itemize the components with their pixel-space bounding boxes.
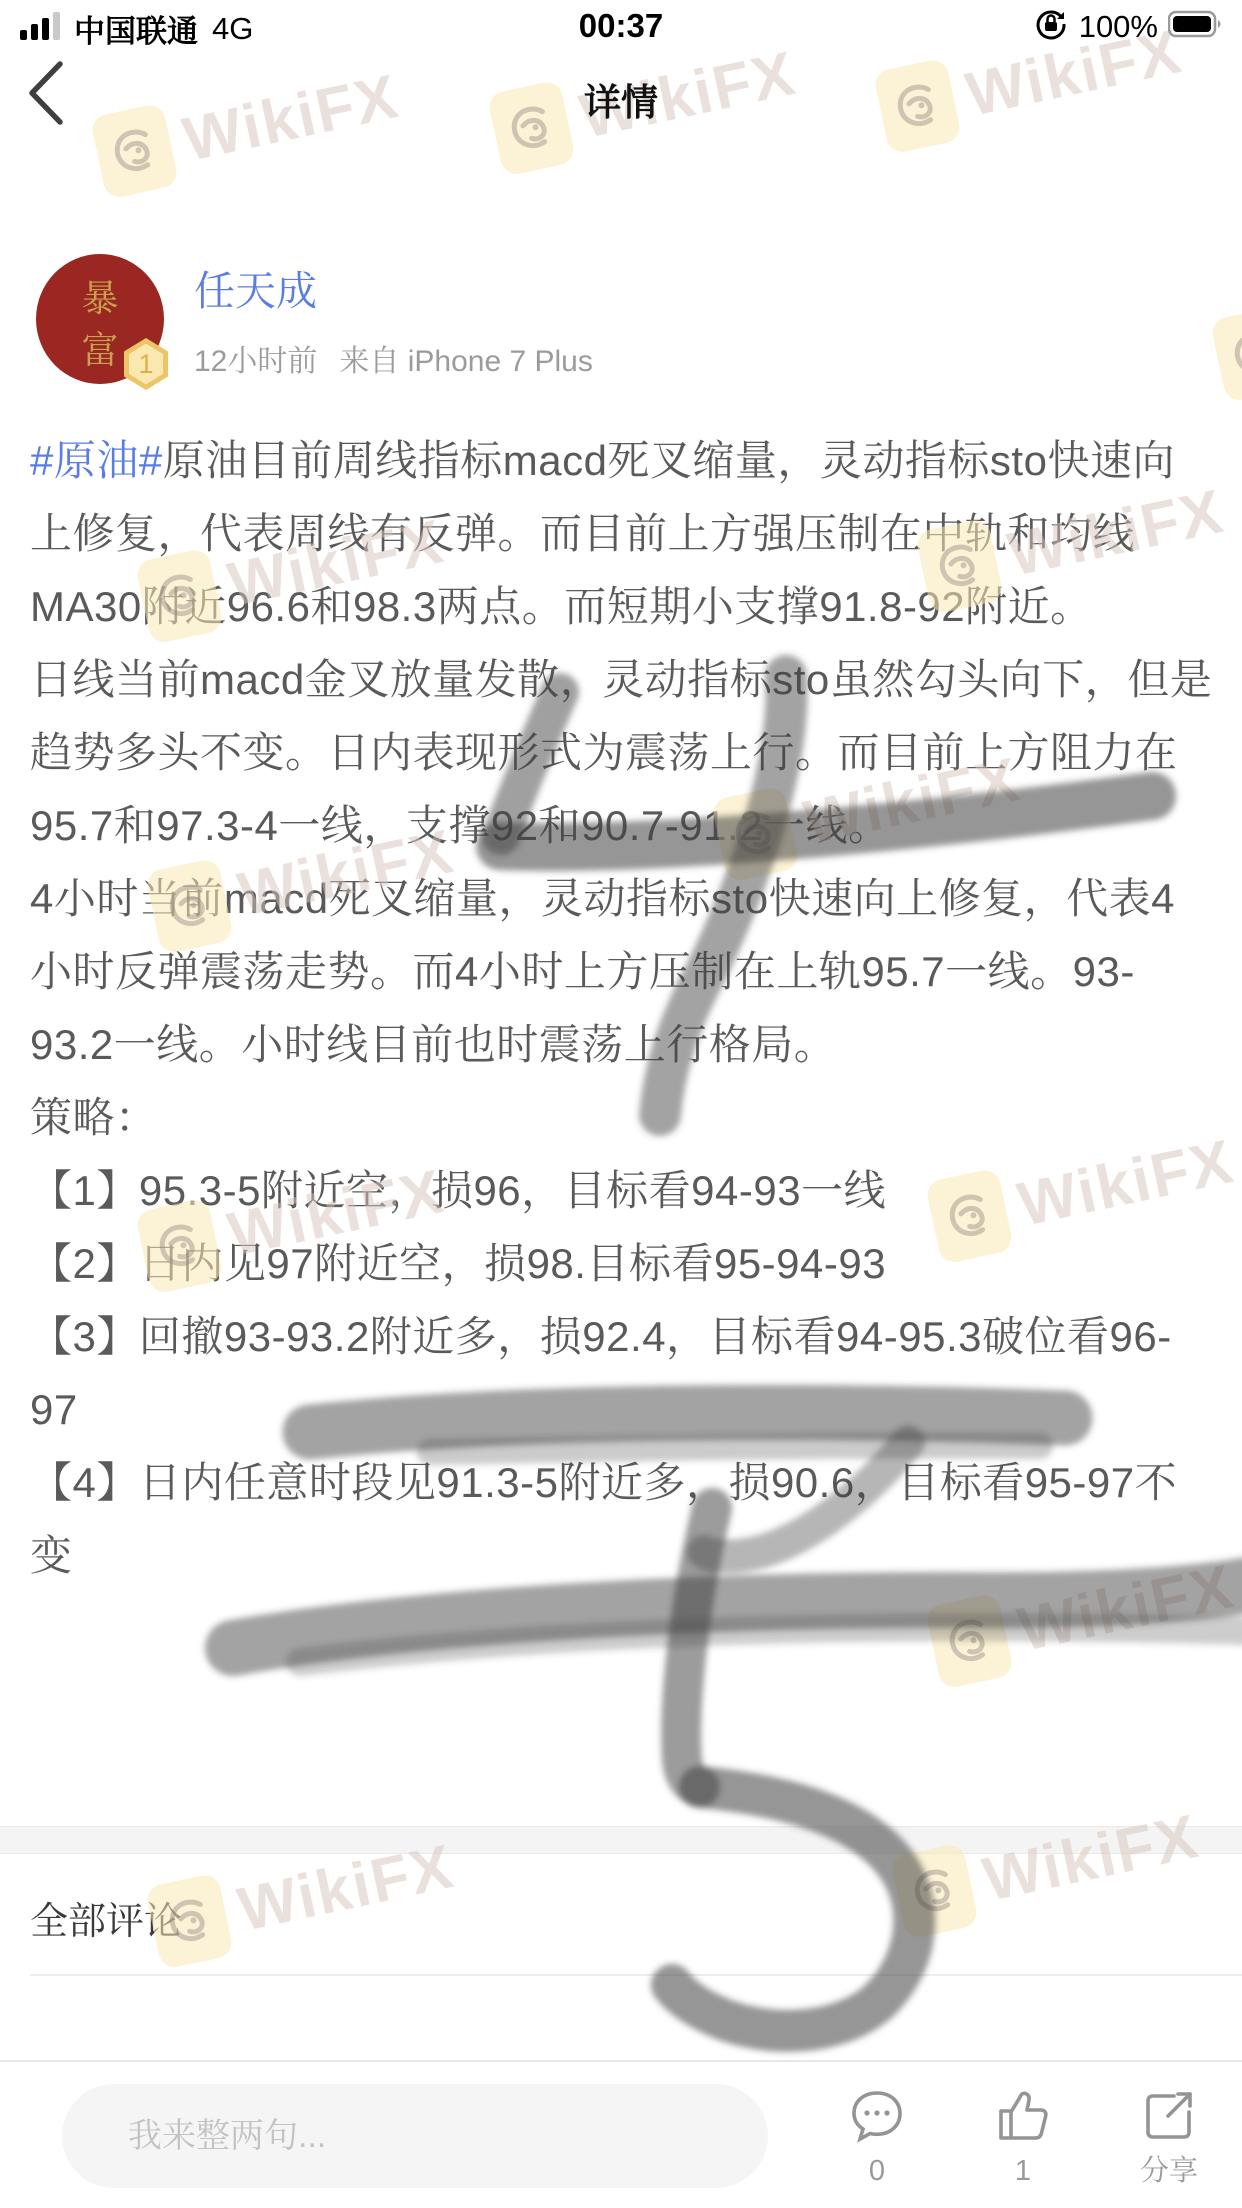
thumbs-up-icon [995,2088,1051,2149]
comment-bubble-icon [848,2088,906,2149]
nav-bar: 详情 [0,54,1242,154]
comments-header: 全部评论 [30,1890,182,1945]
page-title: 详情 [0,72,1242,126]
hashtag-link[interactable]: #原油# [30,437,163,484]
share-button[interactable]: 分享 [1124,2088,1214,2186]
wikifx-logo-icon [925,1592,1015,1690]
paragraph: 策略： [30,1081,1216,1154]
paragraph: 【4】日内任意时段见91.3-5附近多，损90.6，目标看95-97不变 [30,1446,1216,1592]
app-screen: 中国联通 4G 00:37 100% [0,0,1242,2208]
avatar[interactable]: 暴 富 1 [36,254,164,384]
paragraph: 【2】日内见97附近空，损98.目标看95-94-93 [30,1227,1216,1300]
paragraph: 【3】回撤93-93.2附近多，损92.4，目标看94-95.3破位看96-97 [30,1300,1216,1446]
comment-count: 0 [869,2157,885,2186]
composer-bar: 0 1 分享 [0,2060,1242,2208]
share-icon [1141,2088,1197,2149]
level-badge-number: 1 [129,344,163,385]
battery-percent-label: 100% [1079,9,1158,45]
avatar-character-top: 暴 [36,268,164,322]
orientation-lock-icon [1033,6,1069,47]
comments-hairline [30,1974,1242,1976]
wikifx-watermark: WikiFX [890,1794,1207,1940]
share-label: 分享 [1140,2157,1198,2186]
like-button[interactable]: 1 [978,2088,1068,2186]
paragraph: 【1】95.3-5附近空，损96，目标看94-93一线 [30,1154,1216,1227]
comment-button[interactable]: 0 [832,2088,922,2186]
post-header: 暴 富 1 任天成 12小时前 来自 iPhone 7 Plus [0,250,1242,400]
status-bar: 中国联通 4G 00:37 100% [0,0,1242,54]
ink-strikethrough-2b [300,1627,1242,1662]
battery-icon [1168,9,1224,44]
wikifx-logo-icon [890,1842,980,1940]
post-time-ago: 12小时前 [194,336,317,380]
post-meta: 12小时前 来自 iPhone 7 Plus [194,336,593,380]
paragraph: 4小时当前macd死叉缩量，灵动指标sto快速向上修复，代表4小时反弹震荡走势。… [30,862,1216,1081]
paragraph: #原油#原油目前周线指标macd死叉缩量，灵动指标sto快速向上修复，代表周线有… [30,424,1216,643]
post-body: #原油#原油目前周线指标macd死叉缩量，灵动指标sto快速向上修复，代表周线有… [30,424,1216,1592]
like-count: 1 [1015,2157,1031,2186]
comment-input[interactable] [62,2084,768,2188]
author-name[interactable]: 任天成 [194,258,317,317]
paragraph: 日线当前macd金叉放量发散，灵动指标sto虽然勾头向下，但是趋势多头不变。日内… [30,643,1216,862]
post-source: 来自 iPhone 7 Plus [339,336,592,380]
ink-digit-5-bowl [672,1787,914,2031]
section-divider [0,1826,1242,1854]
comment-input-pill[interactable] [62,2084,768,2188]
